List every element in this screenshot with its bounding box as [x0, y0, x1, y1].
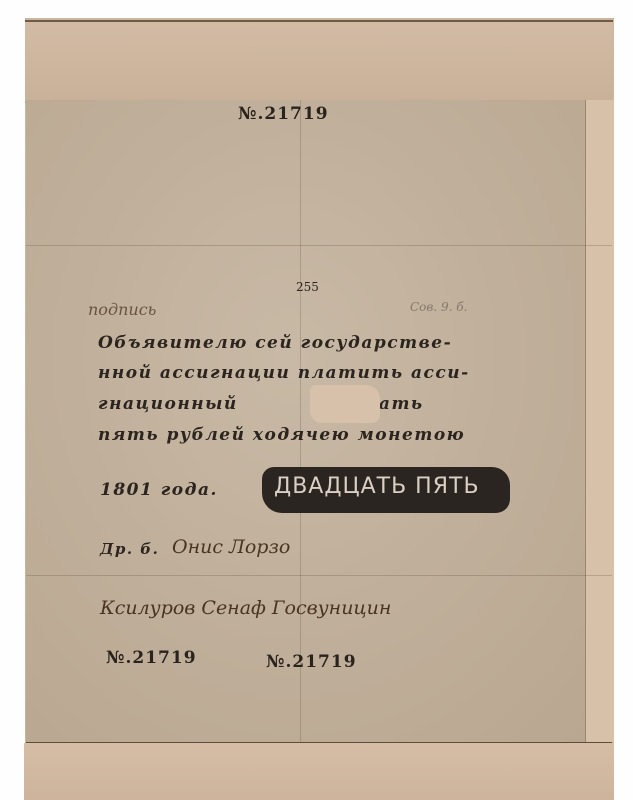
bottom-paper-strip	[24, 743, 614, 800]
handwritten-top: подпись	[88, 300, 156, 319]
serial-number-top: №.21719	[238, 104, 329, 124]
serial-number-bottom-right: №.21719	[266, 652, 357, 672]
denomination-text: ДВАДЦАТЬ ПЯТЬ	[274, 474, 480, 499]
text-line-4: пять рублей ходячею монетою	[98, 425, 465, 445]
signature-1: Онис Лорзо	[172, 536, 290, 558]
signature-2: Ксилуров Сенаф Госвуницин	[100, 597, 391, 619]
text-line-1: Объявителю сей государстве-	[98, 333, 452, 353]
horizontal-fold	[26, 575, 612, 576]
top-paper-strip	[25, 20, 613, 103]
horizontal-fold	[26, 245, 612, 246]
signature-prefix: Др. б.	[100, 540, 159, 558]
paper-tear	[310, 385, 380, 423]
sheet-number: 255	[296, 280, 319, 294]
vertical-fold	[300, 100, 301, 742]
faint-annotation: Сов. 9. б.	[410, 300, 467, 314]
serial-number-bottom-left: №.21719	[106, 648, 197, 668]
text-line-2: нной ассигнации платить асси-	[98, 363, 470, 383]
year-line: 1801 года.	[100, 480, 218, 500]
right-torn-edge	[585, 100, 614, 742]
